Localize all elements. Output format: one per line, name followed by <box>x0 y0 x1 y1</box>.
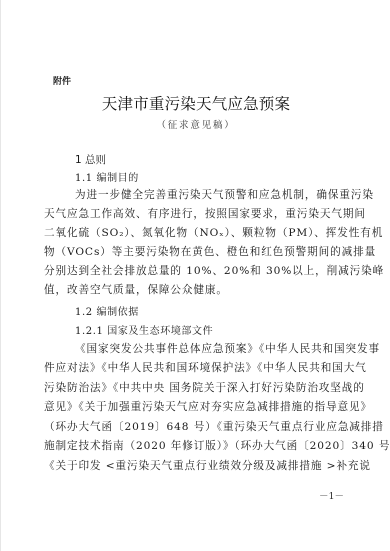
paragraph-line: 《国家突发公共事件总体应急预案》《中华人民共和国突发事 <box>75 342 380 356</box>
paragraph-line: 件应对法》《中华人民共和国环境保护法》《中华人民共和国大气 <box>44 361 367 375</box>
document-page: 附件 天津市重污染天气应急预案 （征求意见稿） 1 总则 1.1 编制目的 为进… <box>0 0 390 551</box>
paragraph-line: 天气应急工作高效、有序进行，按照国家要求，重污染天气期间 <box>44 207 366 221</box>
paragraph-line: 二氧化硫（SO₂）、氮氧化物（NOₓ）、颗粒物（PM）、挥发性有机 <box>44 226 383 240</box>
paragraph-line: 施制定技术指南（2020 年修订版）》（环办大气函〔2020〕340 号） <box>44 439 390 453</box>
section-heading-1-2-1: 1.2.1 国家及生态环境部文件 <box>75 322 213 337</box>
paragraph-line: 物（VOCs）等主要污染物在黄色、橙色和红色预警期间的减排量 <box>44 245 376 259</box>
paragraph-line: （环办大气函〔2019〕648 号）《重污染天气重点行业应急减排措 <box>44 420 384 434</box>
paragraph-line: 分别达到全社会排放总量的 10%、20%和 30%以上，削减污染峰 <box>44 264 384 278</box>
attachment-label: 附件 <box>53 74 71 87</box>
section-heading-1: 1 总则 <box>75 152 106 167</box>
page-number: －1－ <box>319 488 344 502</box>
document-subtitle: （征求意见稿） <box>1 117 390 131</box>
paragraph-line: 《关于印发 <重污染天气重点行业绩效分级及减排措施 >补充说 <box>44 459 371 473</box>
section-heading-1-2: 1.2 编制依据 <box>75 303 139 318</box>
document-title: 天津市重污染天气应急预案 <box>1 92 390 114</box>
paragraph-line: 污染防治法》《中共中央 国务院关于深入打好污染防治攻坚战的 <box>44 381 365 395</box>
paragraph-line: 意见》《关于加强重污染天气应对夯实应急减排措施的指导意见》 <box>44 400 372 414</box>
paragraph-line: 值，改善空气质量，保障公众健康。 <box>44 283 228 297</box>
section-heading-1-1: 1.1 编制目的 <box>75 169 139 184</box>
paragraph-line: 为进一步健全完善重污染天气预警和应急机制，确保重污染 <box>75 188 374 202</box>
